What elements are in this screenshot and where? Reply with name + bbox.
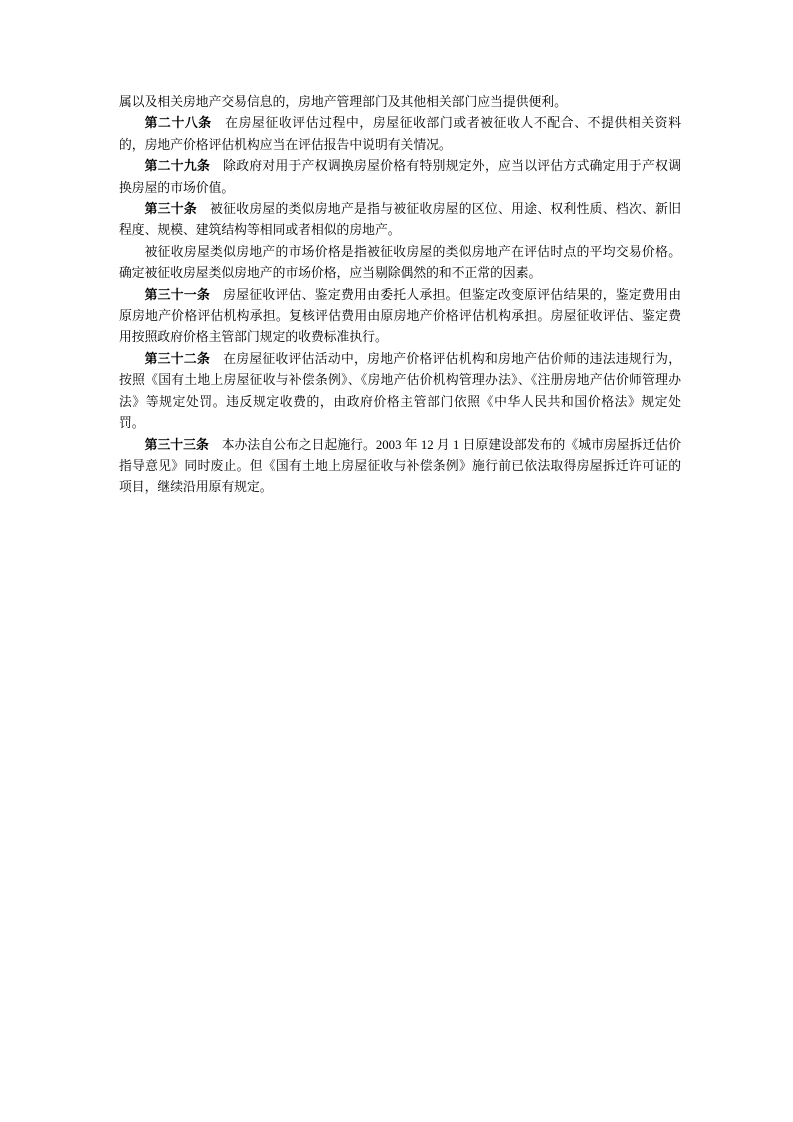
paragraph: 被征收房屋类似房地产的市场价格是指被征收房屋的类似房地产在评估时点的平均交易价格… — [119, 242, 681, 285]
article-number: 第三十三条 — [145, 438, 209, 452]
article-number: 第二十八条 — [145, 116, 212, 130]
paragraph: 第三十一条 房屋征收评估、鉴定费用由委托人承担。但鉴定改变原评估结果的，鉴定费用… — [119, 285, 681, 349]
article-number: 第三十条 — [145, 202, 197, 216]
paragraph: 第二十九条 除政府对用于产权调换房屋价格有特别规定外，应当以评估方式确定用于产权… — [119, 156, 681, 199]
article-number: 第三十一条 — [145, 288, 210, 302]
article-number: 第二十九条 — [145, 159, 210, 173]
document-page: 属以及相关房地产交易信息的，房地产管理部门及其他相关部门应当提供便利。第二十八条… — [0, 0, 793, 1122]
article-number: 第三十二条 — [145, 352, 210, 366]
paragraph: 第三十三条 本办法自公布之日起施行。2003 年 12 月 1 日原建设部发布的… — [119, 435, 681, 499]
paragraph: 第三十二条 在房屋征收评估活动中，房地产价格评估机构和房地产估价师的违法违规行为… — [119, 349, 681, 435]
paragraph: 第二十八条 在房屋征收评估过程中，房屋征收部门或者被征收人不配合、不提供相关资料… — [119, 113, 681, 156]
paragraph: 属以及相关房地产交易信息的，房地产管理部门及其他相关部门应当提供便利。 — [119, 92, 681, 113]
document-text-block: 属以及相关房地产交易信息的，房地产管理部门及其他相关部门应当提供便利。第二十八条… — [119, 92, 681, 499]
paragraph: 第三十条 被征收房屋的类似房地产是指与被征收房屋的区位、用途、权利性质、档次、新… — [119, 199, 681, 242]
